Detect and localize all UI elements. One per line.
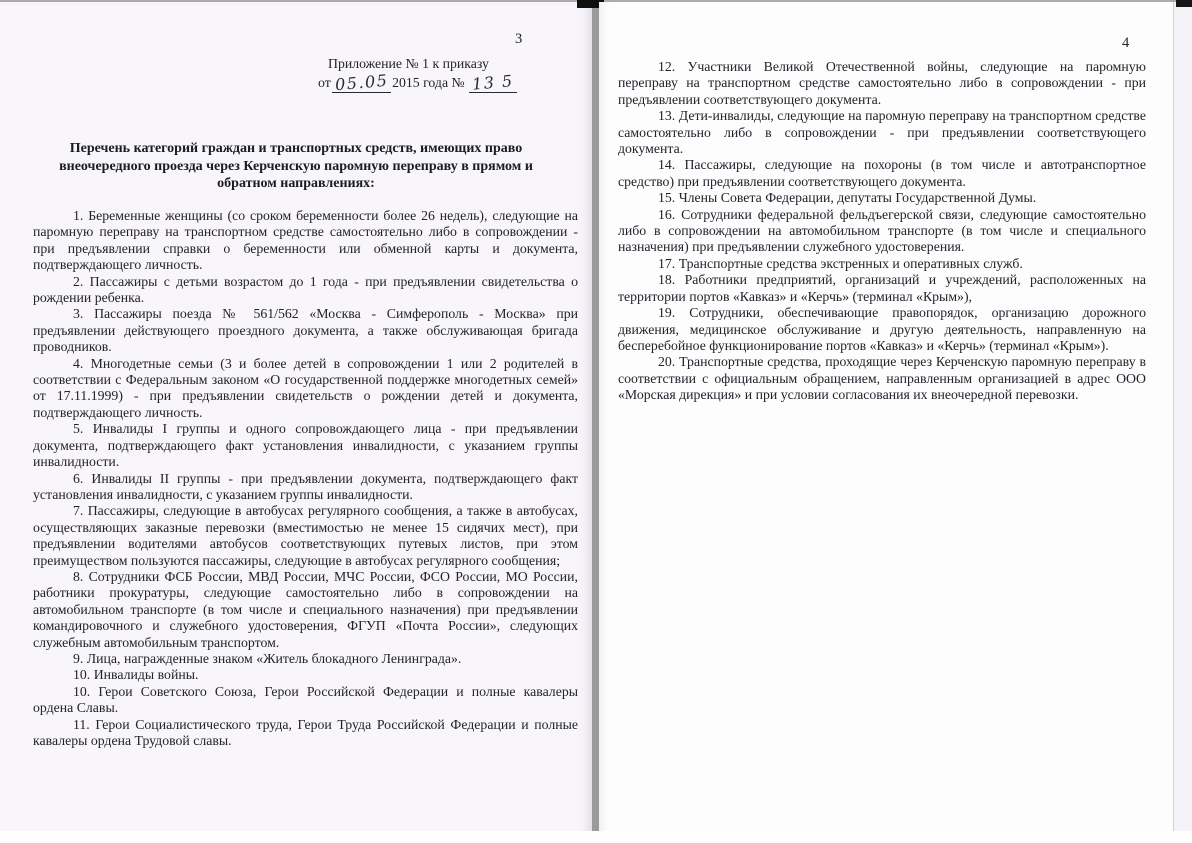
list-item-5: 5. Инвалиды I группы и одного сопровожда…: [33, 421, 578, 470]
page-3: 3 Приложение № 1 к приказу от05.052015 г…: [0, 2, 592, 843]
scanned-document: 3 Приложение № 1 к приказу от05.052015 г…: [0, 0, 1192, 843]
page-4: 4 12. Участники Великой Отечественной во…: [599, 2, 1173, 843]
page-separator-strip: [592, 0, 599, 843]
scan-artifact-top-right-mark: [1176, 0, 1192, 7]
list-item-12: 12. Участники Великой Отечественной войн…: [618, 59, 1146, 108]
list-item-18: 18. Работники предприятий, организаций и…: [618, 272, 1146, 305]
list-item-14: 14. Пассажиры, следующие на похороны (в …: [618, 157, 1146, 190]
page-4-body: 12. Участники Великой Отечественной войн…: [618, 59, 1146, 404]
list-item-15: 15. Члены Совета Федерации, депутаты Гос…: [618, 190, 1146, 206]
annex-number-blank: 13 5: [469, 73, 517, 93]
page-number: 3: [515, 31, 522, 48]
list-item-17: 17. Транспортные средства экстренных и о…: [618, 256, 1146, 272]
list-item-10b: 10. Герои Советского Союза, Герои Россий…: [33, 684, 578, 717]
annex-line-2: от05.052015 года № 13 5: [318, 73, 528, 93]
annex-from-label: от: [318, 75, 331, 90]
annex-date-blank: 05.05: [332, 73, 391, 93]
list-item-19: 19. Сотрудники, обеспечивающие правопоря…: [618, 305, 1146, 354]
page-3-body: 1. Беременные женщины (со сроком беремен…: [33, 208, 578, 749]
list-item-1: 1. Беременные женщины (со сроком беремен…: [33, 208, 578, 274]
list-item-10: 10. Инвалиды войны.: [33, 667, 578, 683]
list-item-3: 3. Пассажиры поезда № 561/562 «Москва - …: [33, 306, 578, 355]
list-item-16: 16. Сотрудники федеральной фельдъегерско…: [618, 207, 1146, 256]
list-item-13: 13. Дети-инвалиды, следующие на паромную…: [618, 108, 1146, 157]
annex-line-1: Приложение № 1 к приказу: [318, 55, 528, 73]
list-item-9: 9. Лица, награжденные знаком «Житель бло…: [33, 651, 578, 667]
annex-header: Приложение № 1 к приказу от05.052015 год…: [318, 55, 528, 93]
scan-bottom-edge-strip: [0, 831, 1192, 843]
annex-year-label: 2015 года №: [392, 75, 465, 90]
document-title: Перечень категорий граждан и транспортны…: [36, 140, 556, 193]
annex-number-handwritten: 13 5: [472, 72, 515, 94]
list-item-2: 2. Пассажиры с детьми возрастом до 1 год…: [33, 274, 578, 307]
list-item-8: 8. Сотрудники ФСБ России, МВД России, МЧ…: [33, 569, 578, 651]
list-item-4: 4. Многодетные семьи (3 и более детей в …: [33, 356, 578, 422]
page-number: 4: [1122, 35, 1129, 52]
list-item-20: 20. Транспортные средства, проходящие че…: [618, 354, 1146, 403]
list-item-6: 6. Инвалиды II группы - при предъявлении…: [33, 471, 578, 504]
scan-right-edge-strip: [1173, 2, 1192, 843]
list-item-7: 7. Пассажиры, следующие в автобусах регу…: [33, 503, 578, 569]
list-item-11: 11. Герои Социалистического труда, Герои…: [33, 717, 578, 750]
annex-date-handwritten: 05.05: [334, 72, 389, 95]
